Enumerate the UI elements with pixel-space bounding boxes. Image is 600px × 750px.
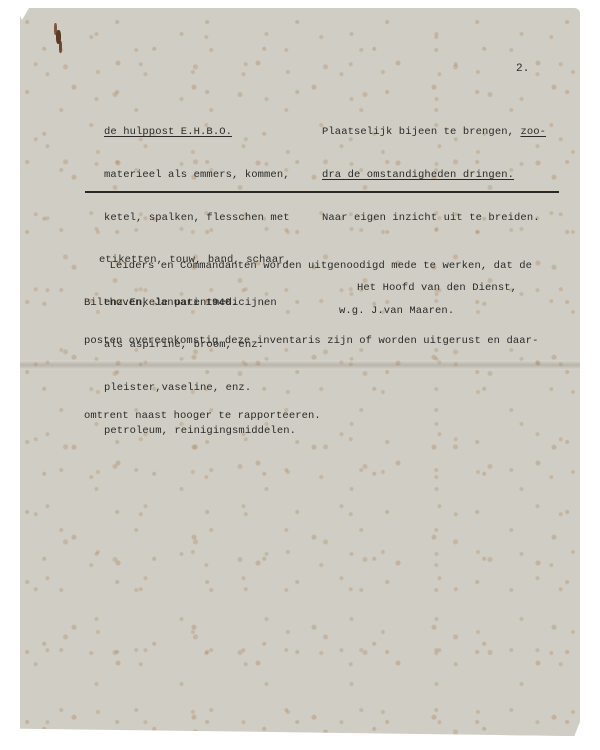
inventory-line: materieel als emmers, kommen, — [104, 168, 296, 182]
paragraph-line: omtrent naast hooger te rapporteeren. — [84, 404, 538, 429]
page-number: 2. — [516, 62, 529, 76]
instruction-line-2: dra de omstandigheden dringen. — [322, 168, 546, 182]
instruction-text: Plaatselijk bijeen te brengen, — [322, 126, 520, 138]
ink-stain-mark — [56, 30, 61, 44]
body-paragraph: Leiders en Commandanten worden uitgenood… — [84, 204, 538, 479]
signature-title: Het Hoofd van den Dienst, — [357, 281, 517, 295]
instruction-line-1: Plaatselijk bijeen te brengen, zoo- — [322, 125, 546, 139]
paragraph-line: posten overeenkomstig deze inventaris zi… — [84, 329, 538, 354]
horizontal-divider — [85, 191, 559, 193]
document-page: 2. de hulppost E.H.B.O. materieel als em… — [20, 8, 580, 736]
instruction-underlined-text: zoo- — [520, 126, 546, 138]
place-and-date: Bilthoven, Januari 1940. — [84, 296, 238, 310]
signature-name: w.g. J.van Maaren. — [339, 304, 454, 318]
section-heading: de hulppost E.H.B.O. — [104, 125, 296, 139]
paragraph-line: Leiders en Commandanten worden uitgenood… — [84, 254, 538, 279]
